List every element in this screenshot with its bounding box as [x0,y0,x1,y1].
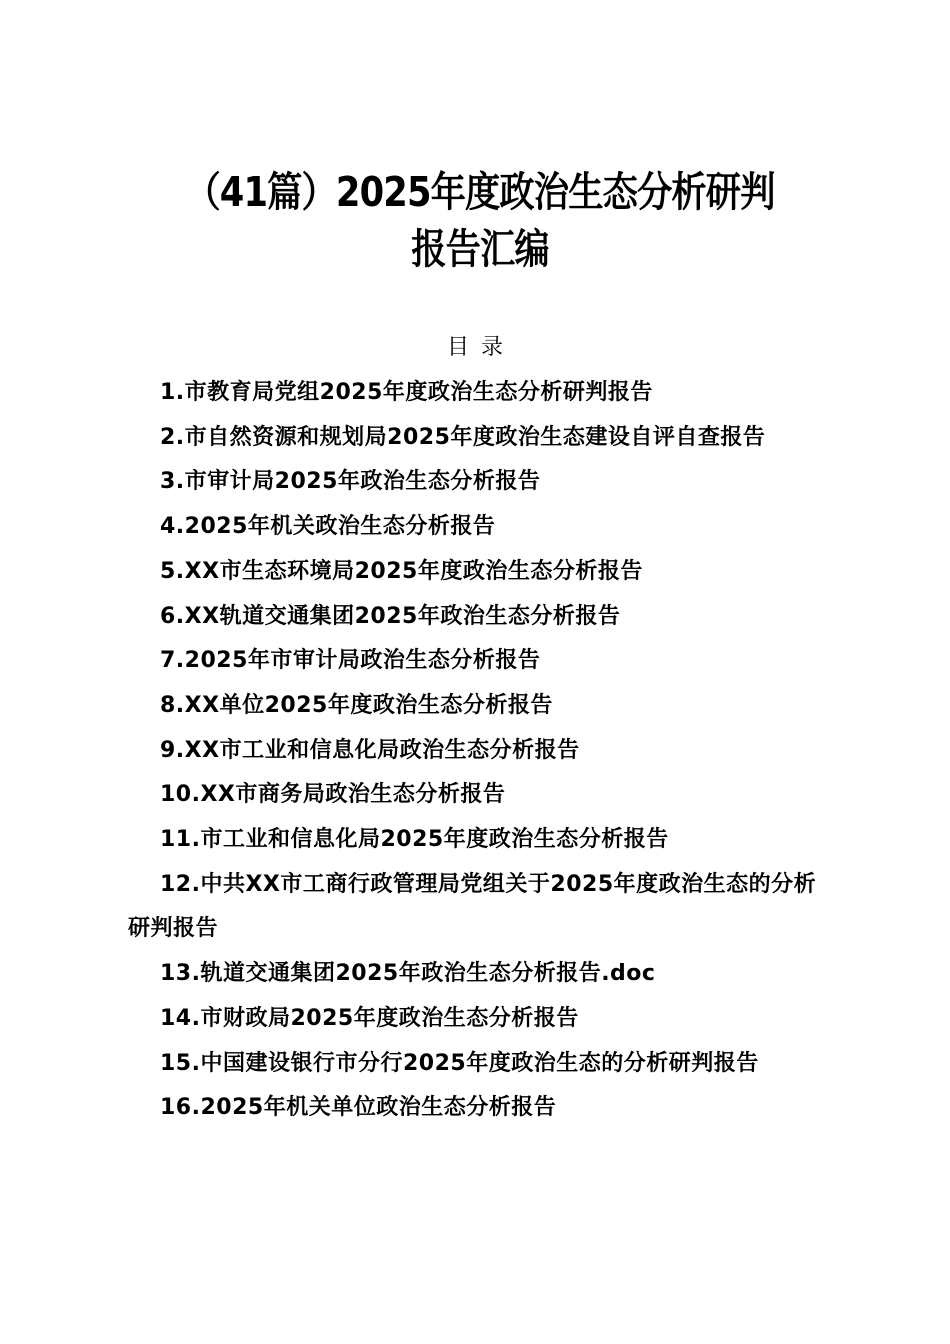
toc-item: 4.2025年机关政治生态分析报告 [128,505,833,550]
toc-item: 14.市财政局2025年度政治生态分析报告 [128,997,833,1042]
toc-item: 13.轨道交通集团2025年政治生态分析报告.doc [128,952,833,997]
toc-item: 2.市自然资源和规划局2025年度政治生态建设自评自查报告 [128,416,833,461]
title-line-1: （41篇）2025年度政治生态分析研判 [170,164,789,221]
document-title: （41篇）2025年度政治生态分析研判 报告汇编 [170,164,789,278]
toc-item: 7.2025年市审计局政治生态分析报告 [128,639,833,684]
toc-item: 1.市教育局党组2025年度政治生态分析研判报告 [128,371,833,416]
toc-item: 12.中共XX市工商行政管理局党组关于2025年度政治生态的分析研判报告 [128,863,833,952]
toc-item: 15.中国建设银行市分行2025年度政治生态的分析研判报告 [128,1042,833,1087]
title-line-2: 报告汇编 [170,221,789,278]
toc-item: 9.XX市工业和信息化局政治生态分析报告 [128,729,833,774]
toc-item: 3.市审计局2025年政治生态分析报告 [128,460,833,505]
toc-item: 5.XX市生态环境局2025年度政治生态分析报告 [128,550,833,595]
toc-item: 16.2025年机关单位政治生态分析报告 [128,1086,833,1131]
toc-item: 11.市工业和信息化局2025年度政治生态分析报告 [128,818,833,863]
table-of-contents: 1.市教育局党组2025年度政治生态分析研判报告 2.市自然资源和规划局2025… [128,371,833,1131]
toc-heading: 目录 [0,333,950,363]
toc-item: 10.XX市商务局政治生态分析报告 [128,773,833,818]
toc-item: 8.XX单位2025年度政治生态分析报告 [128,684,833,729]
toc-item: 6.XX轨道交通集团2025年政治生态分析报告 [128,595,833,640]
